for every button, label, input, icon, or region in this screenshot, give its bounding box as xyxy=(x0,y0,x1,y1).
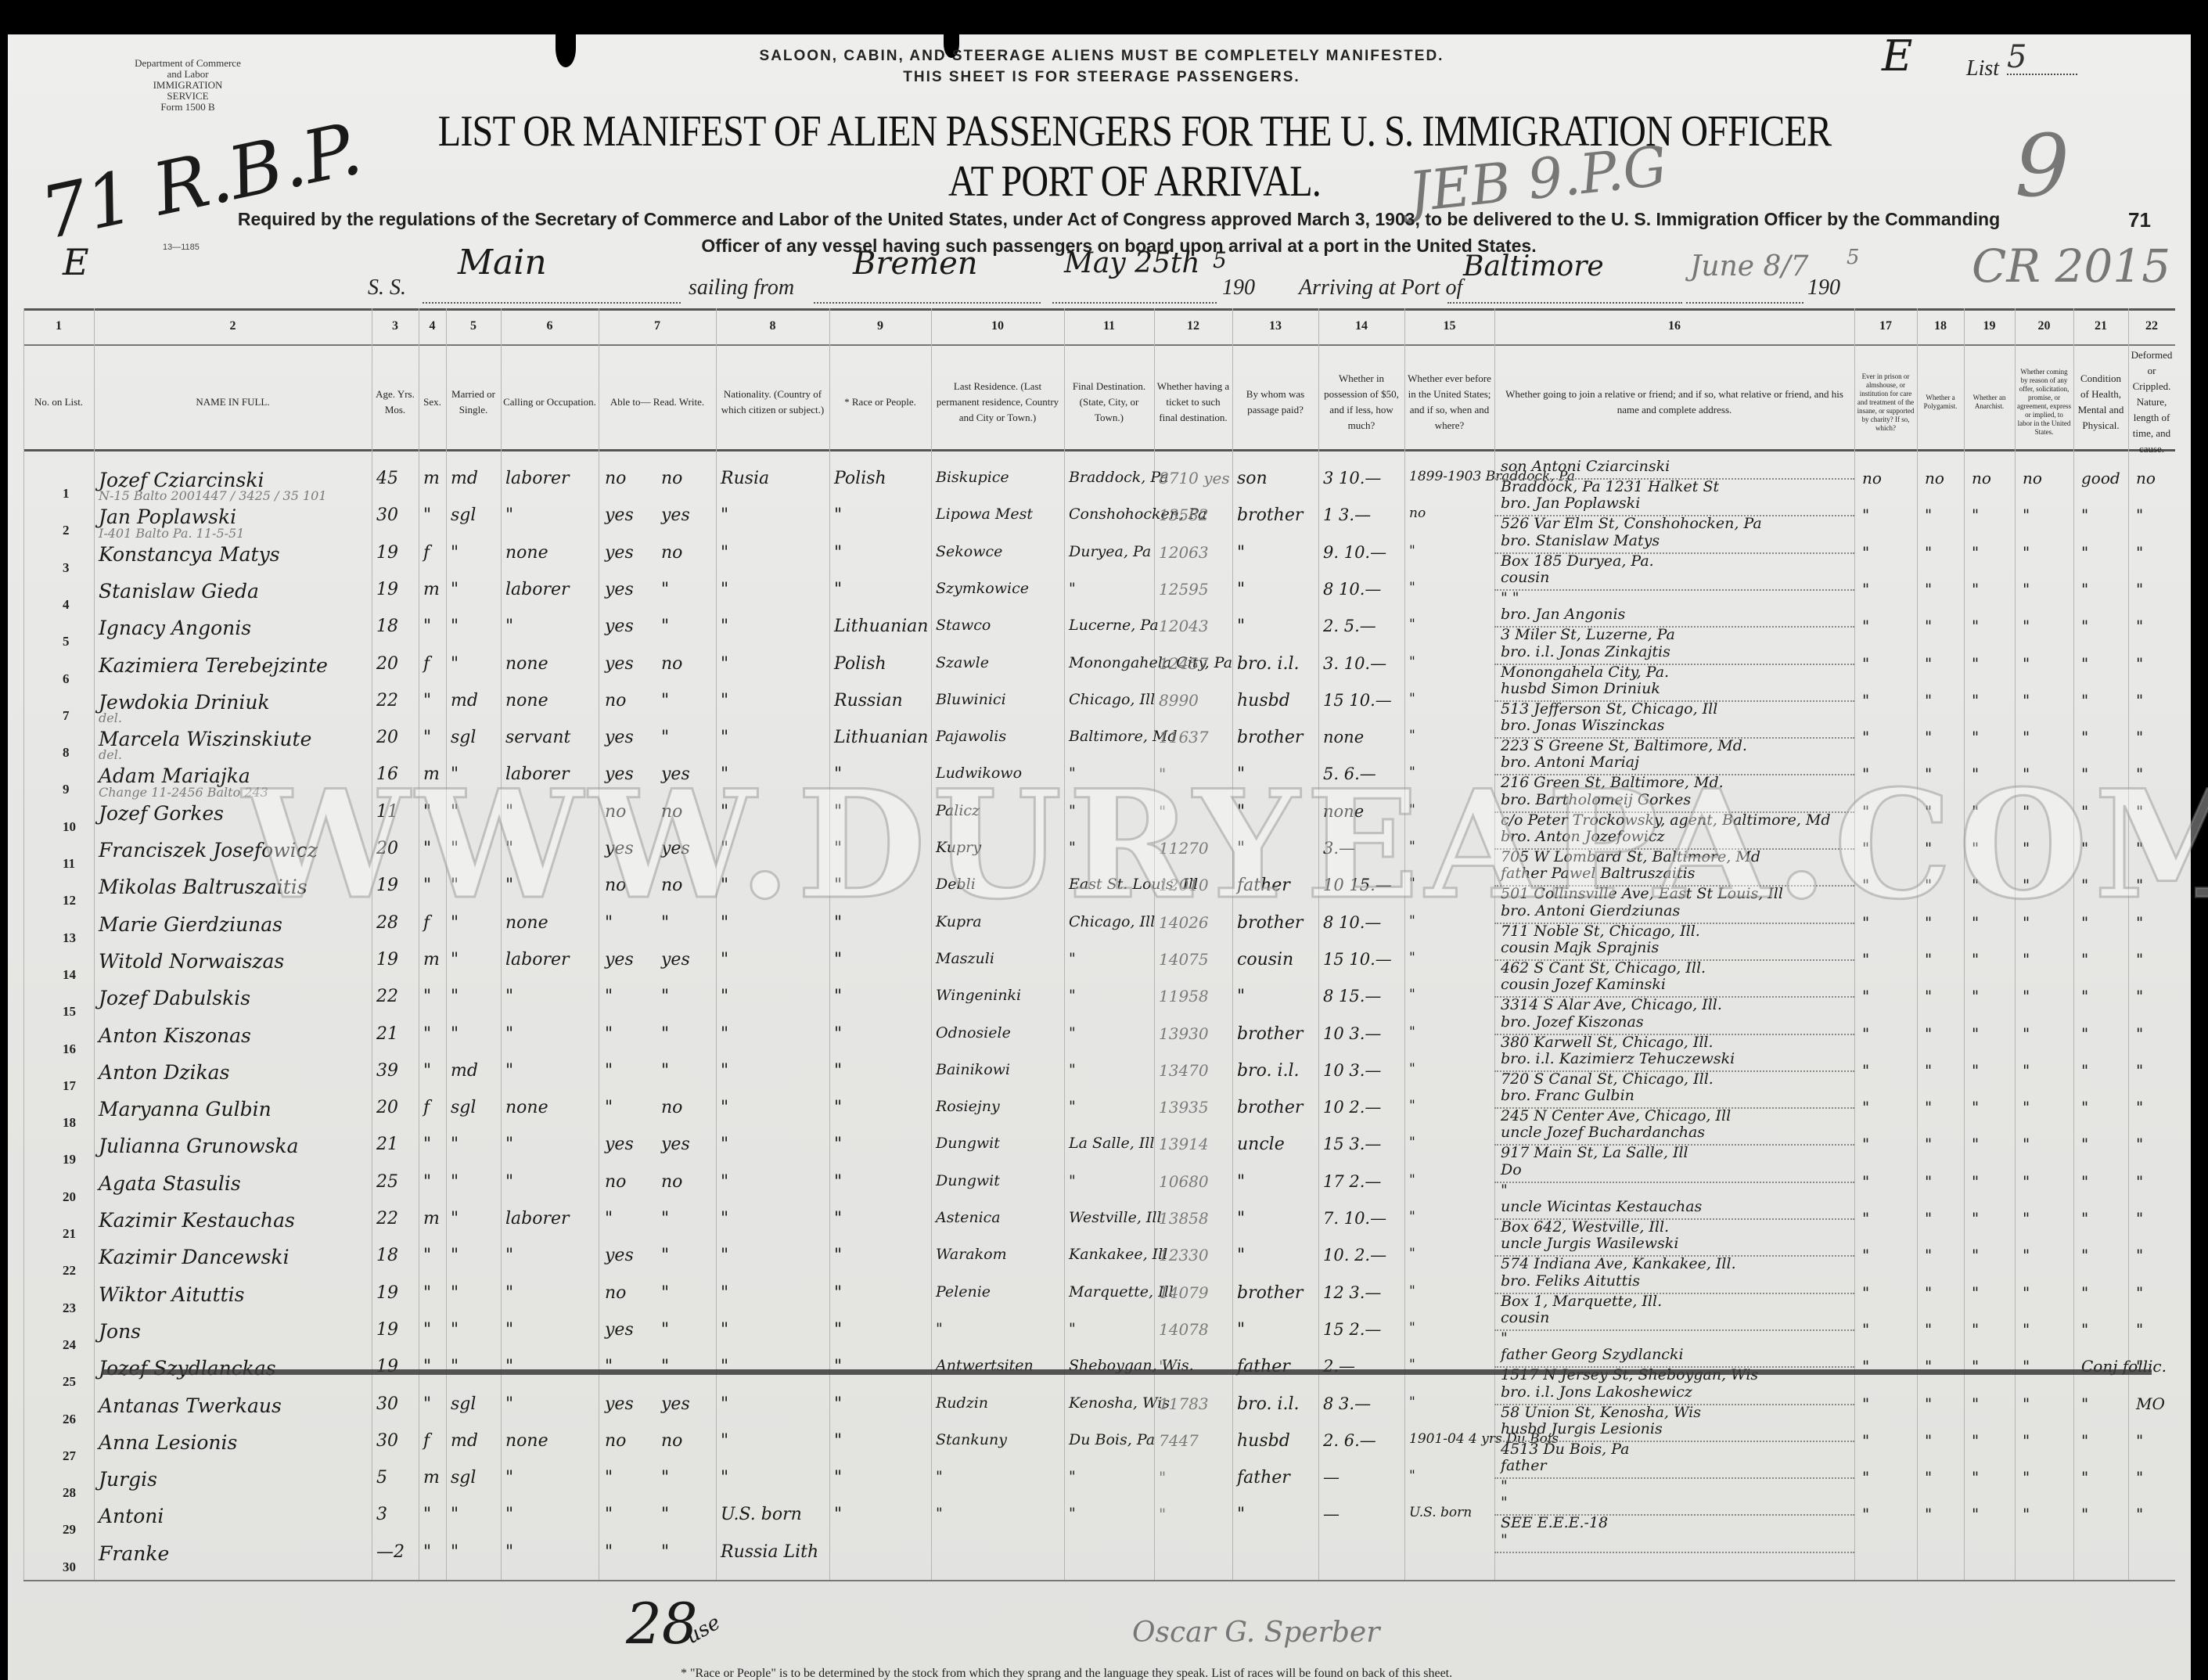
cell-c18: " xyxy=(1925,1135,1932,1153)
cell-c18: " xyxy=(1925,1246,1932,1264)
cell-ticket: 12457 xyxy=(1159,654,1209,673)
cell-dest: " xyxy=(1069,987,1076,1004)
relative-name: cousin xyxy=(1501,1308,2064,1328)
row-number: 16 xyxy=(63,1041,76,1057)
cell-res: Maszuli xyxy=(936,950,994,967)
cell-before: " xyxy=(1409,1468,1415,1484)
relative-dotted-rule xyxy=(1494,737,1854,739)
cell-ticket: 7447 xyxy=(1159,1431,1199,1450)
cell-name: Antanas Twerkaus xyxy=(99,1394,282,1417)
cell-age: 19 xyxy=(376,950,398,970)
cell-dest: " xyxy=(1069,580,1076,597)
cell-occ: " xyxy=(505,1505,513,1524)
cell-c19: " xyxy=(1972,580,1979,599)
annotation-note: del. xyxy=(99,710,122,725)
cell-money: 1 3.— xyxy=(1323,505,1371,524)
cell-sex: " xyxy=(423,1061,431,1081)
column-header: Whether in possession of $50, and if les… xyxy=(1321,357,1402,448)
cell-paid: bro. i.l. xyxy=(1237,1061,1300,1081)
cell-c20: " xyxy=(2023,1246,2030,1264)
cell-c22: " xyxy=(2136,1246,2143,1264)
cell-c21: " xyxy=(2081,691,2088,710)
cell-race: " xyxy=(834,1283,842,1303)
column-header-label: Whether going to join a relative or frie… xyxy=(1497,387,1852,418)
cell-sex: m xyxy=(423,580,440,599)
cell-read: " xyxy=(605,987,613,1006)
cell-age: 45 xyxy=(376,469,398,488)
cell-c21: good xyxy=(2081,469,2120,487)
cell-nat: " xyxy=(721,1320,728,1340)
cell-sex: " xyxy=(423,1246,431,1265)
cell-sex: " xyxy=(423,1394,431,1414)
cell-c20: " xyxy=(2023,617,2030,635)
column-header-label: Able to— Read. Write. xyxy=(610,394,704,410)
row-number: 12 xyxy=(63,893,76,908)
cell-ticket: 10680 xyxy=(1159,1172,1209,1191)
cell-name: Antoni xyxy=(99,1505,164,1527)
row-number: 15 xyxy=(63,1004,76,1020)
sail-date-line xyxy=(1052,302,1217,304)
cell-write: " xyxy=(661,1505,669,1524)
relative-dotted-rule xyxy=(1494,1107,1854,1109)
cell-c20: " xyxy=(2023,654,2030,673)
cell-money: 10 2.— xyxy=(1323,1098,1381,1117)
arrival-year-prefix: 190 xyxy=(1807,275,1840,300)
column-number: 10 xyxy=(931,319,1064,333)
column-header: Whether a Polygamist. xyxy=(1919,357,1962,448)
header-bottom-rule xyxy=(23,449,2175,451)
row-number: 21 xyxy=(63,1226,76,1242)
cell-res: Stankuny xyxy=(936,1431,1007,1448)
cell-before: " xyxy=(1409,617,1415,632)
cell-res: Biskupice xyxy=(936,469,1009,486)
cell-relative: father Georg Szydlancki1517 N Jersey St,… xyxy=(1501,1344,2064,1385)
cell-race: " xyxy=(834,1209,842,1229)
cell-c19: " xyxy=(1972,728,1979,746)
cell-c17: " xyxy=(1862,1172,1869,1191)
cell-c19: " xyxy=(1972,654,1979,673)
column-header-label: Sex. xyxy=(423,394,441,410)
column-number: 20 xyxy=(2015,319,2073,333)
cell-write: " xyxy=(661,1209,669,1229)
cell-relative: uncle Jurgis Wasilewski574 Indiana Ave, … xyxy=(1501,1233,2064,1274)
cell-paid: " xyxy=(1237,1209,1245,1229)
cell-dest: " xyxy=(1069,1098,1076,1115)
relative-dotted-rule xyxy=(1494,1514,1854,1516)
cell-before: " xyxy=(1409,950,1415,966)
cell-res: Bluwinici xyxy=(936,691,1006,708)
cell-dest: " xyxy=(1069,1505,1076,1522)
year-prefix: 190 xyxy=(1222,275,1255,300)
cell-c22: MO xyxy=(2136,1394,2165,1413)
cell-race: " xyxy=(834,1394,842,1414)
relative-name: cousin xyxy=(1501,567,2064,588)
cell-age: 5 xyxy=(376,1468,387,1488)
column-header-label: Whether in possession of $50, and if les… xyxy=(1321,371,1402,433)
cell-ms: sgl xyxy=(451,1468,476,1488)
cell-ticket: " xyxy=(1159,1505,1166,1524)
cell-c20: " xyxy=(2023,1468,2030,1487)
cell-race: " xyxy=(834,543,842,563)
cell-paid: " xyxy=(1237,1320,1245,1340)
cell-c18: " xyxy=(1925,654,1932,673)
cell-sex: " xyxy=(423,1283,431,1303)
page-number: 71 xyxy=(2128,208,2151,232)
cell-relative: cousin" xyxy=(1501,1308,2064,1348)
cell-c20: " xyxy=(2023,543,2030,562)
cell-ms: " xyxy=(451,1209,459,1229)
relative-name: bro. Jan Angonis xyxy=(1501,604,2064,624)
cell-name: Wiktor Aituttis xyxy=(99,1283,245,1306)
cell-c20: " xyxy=(2023,1135,2030,1153)
cell-c21: " xyxy=(2081,1246,2088,1264)
cell-read: no xyxy=(605,691,626,710)
cell-res: Szawle xyxy=(936,654,989,671)
cell-c22: " xyxy=(2136,617,2143,635)
dept-line: Department of Commerce and Labor xyxy=(133,58,243,80)
cell-c17: " xyxy=(1862,580,1869,599)
cell-res: Lipowa Mest xyxy=(936,505,1033,523)
cell-c18: " xyxy=(1925,543,1932,562)
row-number: 1 xyxy=(63,486,70,502)
cell-res: Warakom xyxy=(936,1246,1007,1263)
row-number: 18 xyxy=(63,1115,76,1131)
cell-c22: " xyxy=(2136,1209,2143,1228)
cell-c17: " xyxy=(1862,950,1869,969)
column-number: 22 xyxy=(2128,319,2175,333)
cell-c22: " xyxy=(2136,654,2143,673)
column-header: Able to— Read. Write. xyxy=(601,357,714,448)
cell-occ: " xyxy=(505,1061,513,1081)
column-number: 2 xyxy=(94,319,372,333)
arrival-date: June 8/7 xyxy=(1690,250,1809,282)
cell-relative: husbd Simon Driniuk513 Jefferson St, Chi… xyxy=(1501,678,2064,719)
cell-sex: m xyxy=(423,1209,440,1229)
cell-c20: " xyxy=(2023,1061,2030,1080)
cell-read: yes xyxy=(605,505,634,525)
cell-ticket: 12063 xyxy=(1159,543,1209,562)
cell-sex: " xyxy=(423,1172,431,1192)
watermark: WWW.DURYEAPA.COM xyxy=(243,757,2208,932)
cell-before: " xyxy=(1409,1320,1415,1336)
cell-res: Wingeninki xyxy=(936,987,1021,1004)
cell-c21: " xyxy=(2081,987,2088,1005)
cell-occ: " xyxy=(505,1394,513,1414)
column-header: * Race or People. xyxy=(832,357,929,448)
cell-c18: " xyxy=(1925,691,1932,710)
relative-dotted-rule xyxy=(1494,700,1854,702)
cell-c21: " xyxy=(2081,1061,2088,1080)
cell-occ: none xyxy=(505,1431,548,1451)
column-header: No. on List. xyxy=(26,357,92,448)
cell-c20: " xyxy=(2023,1505,2030,1524)
cell-c18: " xyxy=(1925,987,1932,1005)
cell-paid: brother xyxy=(1237,728,1303,747)
strikethrough-line xyxy=(102,1369,2152,1375)
cell-age: 19 xyxy=(376,580,398,599)
cell-res: Odnosiele xyxy=(936,1024,1011,1041)
cell-ms: md xyxy=(451,691,478,710)
ss-label: S. S. xyxy=(368,275,406,300)
cell-money: none xyxy=(1323,728,1364,746)
cell-sex: f xyxy=(423,654,430,674)
column-header-label: Whether an Anarchist. xyxy=(1966,394,2012,411)
cell-sex: " xyxy=(423,1505,431,1524)
cell-name: Kazimir Dancewski xyxy=(99,1246,289,1268)
cell-res: Dungwit xyxy=(936,1135,1000,1152)
cell-name: Witold Norwaiszas xyxy=(99,950,284,973)
cell-ms: md xyxy=(451,1431,478,1451)
column-header-label: Whether ever before in the United States… xyxy=(1407,371,1492,433)
cell-occ: laborer xyxy=(505,1209,570,1229)
cell-read: " xyxy=(605,1209,613,1229)
column-number: 1 xyxy=(23,319,94,333)
cell-nat: " xyxy=(721,987,728,1006)
cell-c21: " xyxy=(2081,1024,2088,1043)
torn-edge xyxy=(556,30,576,67)
column-number: 13 xyxy=(1232,319,1318,333)
cell-c17: no xyxy=(1862,469,1882,487)
cell-c20: " xyxy=(2023,1024,2030,1043)
column-header-label: Age. Yrs. Mos. xyxy=(374,387,416,418)
cell-relative: father" xyxy=(1501,1455,2064,1496)
cell-race: " xyxy=(834,1505,842,1524)
cell-occ: none xyxy=(505,543,548,563)
cell-c17: " xyxy=(1862,1246,1869,1264)
cell-c17: " xyxy=(1862,1024,1869,1043)
cell-race: " xyxy=(834,1061,842,1081)
regulation-line: Required by the regulations of the Secre… xyxy=(180,206,2058,232)
cell-c22: " xyxy=(2136,1061,2143,1080)
cell-age: 20 xyxy=(376,728,398,747)
cell-money: 8 3.— xyxy=(1323,1394,1371,1413)
cell-read: " xyxy=(605,1468,613,1488)
cell-ms: " xyxy=(451,1283,459,1303)
relative-name: bro. Feliks Aituttis xyxy=(1501,1271,2064,1291)
cell-name: Franke xyxy=(99,1542,169,1565)
column-number: 8 xyxy=(716,319,829,333)
cell-ticket: " xyxy=(1159,1468,1166,1487)
cell-c17: " xyxy=(1862,691,1869,710)
department-block: Department of Commerce and Labor IMMIGRA… xyxy=(133,58,243,113)
cell-write: no xyxy=(661,1098,682,1117)
column-number: 18 xyxy=(1917,319,1964,333)
cell-relative: bro. Stanislaw MatysBox 185 Duryea, Pa. xyxy=(1501,531,2064,571)
cell-read: no xyxy=(605,1172,626,1192)
cell-age: 19 xyxy=(376,1320,398,1340)
cell-c22: " xyxy=(2136,1431,2143,1450)
cell-write: yes xyxy=(661,950,690,970)
cell-race: Russian xyxy=(834,691,903,710)
cell-c18: " xyxy=(1925,1320,1932,1339)
cell-read: no xyxy=(605,1283,626,1303)
cell-name: Konstancya Matys xyxy=(99,543,280,566)
cell-read: yes xyxy=(605,1320,634,1340)
tally-count: 28 xyxy=(626,1591,698,1657)
cell-relative: bro. Jozef Kiszonas380 Karwell St, Chica… xyxy=(1501,1012,2064,1052)
cell-c18: no xyxy=(1925,469,1944,487)
cell-race: " xyxy=(834,505,842,525)
cell-nat: U.S. born xyxy=(721,1505,802,1524)
cell-write: no xyxy=(661,654,682,674)
cell-read: " xyxy=(605,1024,613,1044)
cell-race: " xyxy=(834,1024,842,1044)
notice-line: THIS SHEET IS FOR STEERAGE PASSENGERS. xyxy=(750,67,1454,88)
cell-c18: " xyxy=(1925,1098,1932,1117)
cell-c19: " xyxy=(1972,1246,1979,1264)
column-header: Condition of Health, Mental and Physical… xyxy=(2076,357,2126,448)
cell-nat: Russia Lith xyxy=(721,1542,818,1562)
cell-dest: Braddock, Pa xyxy=(1069,469,1169,486)
cell-sex: f xyxy=(423,1098,430,1117)
arriving-label: Arriving at Port of xyxy=(1299,275,1462,300)
cell-occ: " xyxy=(505,1468,513,1488)
race-footnote: * "Race or People" is to be determined b… xyxy=(681,1667,1452,1680)
cell-dest: Kankakee, Ill xyxy=(1069,1246,1167,1263)
cell-money: 10 3.— xyxy=(1323,1061,1381,1080)
cell-name: Jozef Szydlanckas xyxy=(99,1357,276,1380)
list-number: 5 xyxy=(2007,39,2077,75)
row-number: 2 xyxy=(63,523,70,538)
cell-before: U.S. born xyxy=(1409,1505,1472,1520)
cell-c17: " xyxy=(1862,987,1869,1005)
port-to: Baltimore xyxy=(1463,250,1604,282)
cell-before: " xyxy=(1409,1283,1415,1299)
cell-c17: " xyxy=(1862,1283,1869,1302)
column-header: By whom was passage paid? xyxy=(1235,357,1316,448)
cell-c21: " xyxy=(2081,1394,2088,1413)
cell-c22: " xyxy=(2136,580,2143,599)
cell-c21: " xyxy=(2081,580,2088,599)
cell-c17: " xyxy=(1862,1468,1869,1487)
cell-dest: Du Bois, Pa xyxy=(1069,1431,1155,1448)
column-header: Age. Yrs. Mos. xyxy=(374,357,416,448)
cell-age: 25 xyxy=(376,1172,398,1192)
cell-dest: Lucerne, Pa xyxy=(1069,617,1159,634)
cell-c18: " xyxy=(1925,1431,1932,1450)
cell-c20: " xyxy=(2023,987,2030,1005)
cell-nat: " xyxy=(721,1172,728,1192)
cell-before: " xyxy=(1409,1024,1415,1040)
cell-c22: " xyxy=(2136,505,2143,524)
cell-c20: " xyxy=(2023,691,2030,710)
cell-occ: servant xyxy=(505,728,570,747)
cell-before: " xyxy=(1409,1209,1415,1225)
relative-name: uncle Jurgis Wasilewski xyxy=(1501,1233,2064,1254)
cell-c18: " xyxy=(1925,617,1932,635)
cell-c17: " xyxy=(1862,1394,1869,1413)
relative-dotted-rule xyxy=(1494,1293,1854,1294)
column-header: Whether having a ticket to such final de… xyxy=(1156,357,1230,448)
cell-relative: cousin Jozef Kaminski3314 S Alar Ave, Ch… xyxy=(1501,974,2064,1015)
cell-c21: " xyxy=(2081,950,2088,969)
column-header-label: Ever in prison or almshouse, or institut… xyxy=(1857,372,1915,433)
relative-dotted-rule xyxy=(1494,1404,1854,1405)
cell-relative: bro. Feliks AituttisBox 1, Marquette, Il… xyxy=(1501,1271,2064,1311)
table-row[interactable]: 30Franke—2"""""Russia Lith" xyxy=(23,1542,2175,1583)
cell-relative: Do" xyxy=(1501,1160,2064,1200)
notice-line: SALOON, CABIN, AND STEERAGE ALIENS MUST … xyxy=(750,45,1454,67)
cell-read: " xyxy=(605,1098,613,1117)
year-suffix: 5 xyxy=(1213,247,1227,273)
relative-name: bro. i.l. Kazimierz Tehuczewski xyxy=(1501,1049,2064,1069)
cell-c19: " xyxy=(1972,1135,1979,1153)
cell-money: 2. 6.— xyxy=(1323,1431,1376,1450)
cell-dest: " xyxy=(1069,1468,1076,1485)
row-number: 27 xyxy=(63,1448,76,1464)
cell-ms: sgl xyxy=(451,1394,476,1414)
row-number: 6 xyxy=(63,671,70,687)
cell-res: " xyxy=(936,1320,943,1337)
cell-c19: " xyxy=(1972,1061,1979,1080)
cell-ticket: 13914 xyxy=(1159,1135,1209,1153)
cell-read: no xyxy=(605,469,626,488)
cell-name: Stanislaw Gieda xyxy=(99,580,259,603)
column-header-label: Whether coming by reason of any offer, s… xyxy=(2017,368,2071,437)
cell-write: yes xyxy=(661,1135,690,1154)
relative-dotted-rule xyxy=(1494,589,1854,591)
column-number: 21 xyxy=(2073,319,2128,333)
cell-res: Dungwit xyxy=(936,1172,1000,1189)
cell-dest: Kenosha, Wis xyxy=(1069,1394,1170,1412)
cell-c22: " xyxy=(2136,728,2143,746)
relative-name: father Georg Szydlancki xyxy=(1501,1344,2064,1365)
column-header-label: Final Destination. (State, City, or Town… xyxy=(1066,379,1152,426)
cell-write: " xyxy=(661,1283,669,1303)
cell-nat: " xyxy=(721,1394,728,1414)
cell-c17: " xyxy=(1862,1505,1869,1524)
column-header-label: NAME IN FULL. xyxy=(196,394,269,410)
cell-read: yes xyxy=(605,1394,634,1414)
cell-age: 20 xyxy=(376,1098,398,1117)
cell-relative: cousin Majk Sprajnis462 S Cant St, Chica… xyxy=(1501,937,2064,978)
column-header: Calling or Occupation. xyxy=(503,357,596,448)
cell-money: 10. 2.— xyxy=(1323,1246,1386,1264)
cell-sex: " xyxy=(423,617,431,636)
row-number: 28 xyxy=(63,1485,76,1501)
column-header-label: Married or Single. xyxy=(448,387,498,418)
cell-sex: " xyxy=(423,1542,431,1562)
cell-ticket: 13470 xyxy=(1159,1061,1209,1080)
cell-age: 30 xyxy=(376,505,398,525)
cell-name: Ignacy Angonis xyxy=(99,617,251,639)
cell-before: " xyxy=(1409,580,1415,595)
cell-sex: " xyxy=(423,1024,431,1044)
cell-c18: " xyxy=(1925,728,1932,746)
cell-c18: " xyxy=(1925,1505,1932,1524)
column-header: NAME IN FULL. xyxy=(96,357,369,448)
column-header: Whether coming by reason of any offer, s… xyxy=(2017,357,2071,448)
cell-c19: " xyxy=(1972,1505,1979,1524)
column-header-label: Calling or Occupation. xyxy=(503,394,596,410)
cell-c20: " xyxy=(2023,1320,2030,1339)
port-to-line xyxy=(1447,302,1682,304)
relative-name: cousin Jozef Kaminski xyxy=(1501,974,2064,995)
cell-read: " xyxy=(605,1061,613,1081)
cell-c19: " xyxy=(1972,1431,1979,1450)
cell-paid: brother xyxy=(1237,1283,1303,1303)
cell-before: " xyxy=(1409,1135,1415,1150)
cell-sex: f xyxy=(423,543,430,563)
colnum-rule xyxy=(23,344,2175,346)
cell-ticket: 13930 xyxy=(1159,1024,1209,1043)
cell-c21: " xyxy=(2081,1209,2088,1228)
manifest-sheet: Department of Commerce and Labor IMMIGRA… xyxy=(8,30,2191,1680)
row-number: 13 xyxy=(63,930,76,946)
port-from: Bremen xyxy=(853,246,978,282)
relative-dotted-rule xyxy=(1494,478,1854,480)
cell-c20: " xyxy=(2023,1283,2030,1302)
